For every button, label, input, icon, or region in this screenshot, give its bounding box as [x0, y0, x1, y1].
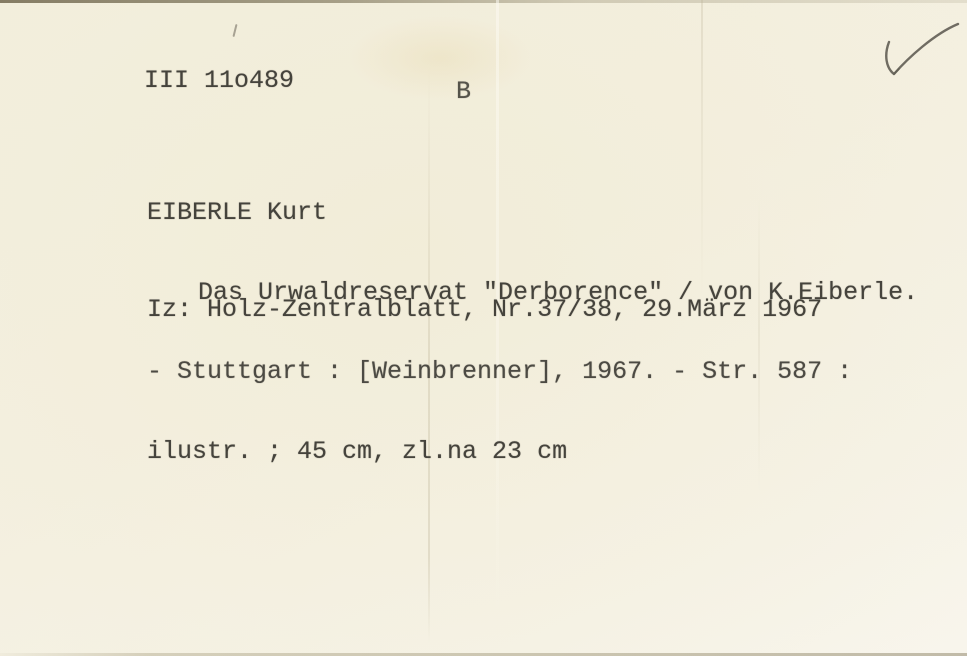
pencil-checkmark-icon [874, 16, 966, 84]
imprint-line: - Stuttgart : [Weinbrenner], 1967. - Str… [147, 359, 918, 386]
collation-line: ilustr. ; 45 cm, zl.na 23 cm [147, 439, 918, 466]
catalog-card: III 11o489 B EIBERLE Kurt Das Urwaldrese… [0, 0, 967, 656]
section-letter: B [456, 79, 471, 106]
pencil-tick-mark [232, 24, 237, 37]
card-top-edge [0, 0, 967, 3]
bibliographic-entry: EIBERLE Kurt Das Urwaldreservat "Derbore… [147, 147, 918, 518]
source-note: Iz: Holz-Zentralblatt, Nr.37/38, 29.März… [147, 297, 822, 324]
call-number: III 11o489 [144, 68, 294, 95]
author-line: EIBERLE Kurt [147, 200, 918, 227]
